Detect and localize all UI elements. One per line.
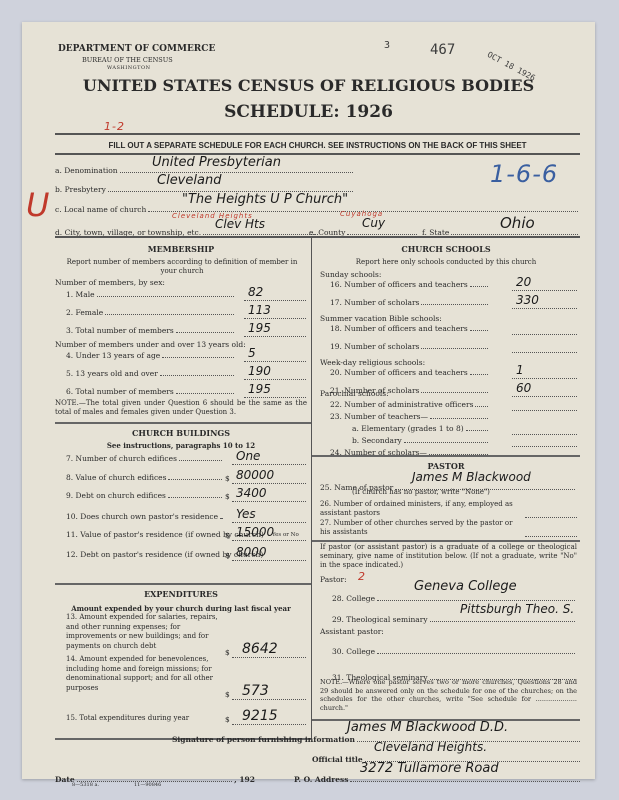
answer-value[interactable]: 330 <box>516 293 539 307</box>
city-value[interactable]: Clev Hts <box>215 217 265 231</box>
assistant-college-field: 30. College <box>332 647 577 656</box>
question-label: 17. Number of scholars <box>330 298 419 307</box>
instruction-banner: FILL OUT A SEPARATE SCHEDULE FOR EACH CH… <box>55 141 580 150</box>
question-26-answer[interactable] <box>525 516 577 518</box>
expenditure-label: 15. Total expenditures during year <box>66 714 226 724</box>
form-title: UNITED STATES CENSUS OF RELIGIOUS BODIES <box>22 76 595 95</box>
question-label: 16. Number of officers and teachers <box>330 280 468 289</box>
membership-age-row: 4. Under 13 years of age <box>66 351 236 360</box>
building-row: 11. Value of pastor's residence (if owne… <box>66 530 224 539</box>
answer-line[interactable] <box>512 377 577 379</box>
expenditure-value[interactable]: 573 <box>242 683 269 699</box>
answer-line[interactable] <box>244 335 306 337</box>
question-26: 26. Number of ordained ministers, if any… <box>320 500 520 518</box>
divider <box>312 540 580 542</box>
question-label: 3. Total number of members <box>66 326 174 335</box>
expenditure-value[interactable]: 9215 <box>242 708 278 724</box>
pastor-name-hint: (If church has no pastor, write "None") <box>352 488 490 496</box>
answer-line[interactable] <box>232 539 306 541</box>
answer-value[interactable]: 190 <box>248 364 271 378</box>
building-row: 12. Debt on pastor's residence (if owned… <box>66 550 224 559</box>
by-age-label: Number of members under and over 13 year… <box>55 340 246 349</box>
answer-value[interactable]: 20 <box>516 275 531 289</box>
divider <box>55 133 580 135</box>
answer-line[interactable] <box>232 559 306 561</box>
school-row: a. Elementary (grades 1 to 8) <box>352 424 490 433</box>
membership-note: NOTE.—The total given under Question 6 s… <box>55 399 307 417</box>
dollar-sign: $ <box>225 715 230 724</box>
red-annotation: 1-2 <box>104 120 125 133</box>
seminary-label: 29. Theological seminary <box>332 615 428 624</box>
school-row: 20. Number of officers and teachers <box>330 368 490 377</box>
answer-line[interactable] <box>512 409 577 411</box>
stamp-prefix: 3 <box>384 40 390 51</box>
question-label: a. Elementary (grades 1 to 8) <box>352 424 464 433</box>
answer-line[interactable] <box>232 463 306 465</box>
question-label: 12. Debt on pastor's residence (if owned… <box>66 550 263 559</box>
expenditures-heading: EXPENDITURES <box>55 589 307 599</box>
school-group-label: Sunday schools: <box>320 270 381 279</box>
date-suffix: , 192 <box>234 775 255 784</box>
school-group-label: Week-day religious schools: <box>320 358 425 367</box>
question-label: 18. Number of officers and teachers <box>330 324 468 333</box>
answer-value[interactable]: 3400 <box>236 486 267 500</box>
membership-age-row: 5. 13 years old and over <box>66 369 236 378</box>
bureau-label: BUREAU OF THE CENSUS <box>82 56 173 64</box>
yes-or-no-hint: Yes or No <box>272 532 299 538</box>
building-row: 9. Debt on church edifices <box>66 491 224 500</box>
dollar-sign: $ <box>225 690 230 699</box>
answer-line[interactable] <box>512 351 577 353</box>
address-field: P. O. Address <box>294 775 582 784</box>
graduate-note: If pastor (or assistant pastor) is a gra… <box>320 543 577 570</box>
answer-line[interactable] <box>512 445 577 447</box>
official-title-label: Official title <box>312 755 363 764</box>
school-row: 17. Number of scholars <box>330 298 490 307</box>
answer-value[interactable]: Yes <box>236 507 256 521</box>
question-label: 5. 13 years old and over <box>66 369 158 378</box>
answer-value[interactable]: 1 <box>516 363 524 377</box>
question-label: 9. Debt on church edifices <box>66 491 166 500</box>
schools-heading: CHURCH SCHOOLS <box>315 244 577 254</box>
by-sex-label: Number of members, by sex: <box>55 278 165 287</box>
question-label: 22. Number of administrative officers <box>330 400 473 409</box>
buildings-subheading: See instructions, paragraphs 10 to 12 <box>55 441 307 450</box>
question-label: 20. Number of officers and teachers <box>330 368 468 377</box>
local-name-label: c. Local name of church <box>55 205 146 214</box>
membership-row: 1. Male <box>66 290 236 299</box>
membership-heading: MEMBERSHIP <box>55 244 307 254</box>
denomination-label: a. Denomination <box>55 166 118 175</box>
membership-age-row: 6. Total number of members <box>66 387 236 396</box>
answer-line[interactable] <box>232 521 306 523</box>
dollar-sign: $ <box>225 551 230 560</box>
building-row: 7. Number of church edifices <box>66 454 224 463</box>
question-label: 1. Male <box>66 290 95 299</box>
school-row: 21. Number of scholars <box>330 386 490 395</box>
answer-value[interactable]: 8000 <box>236 545 267 559</box>
building-row: 8. Value of church edifices <box>66 473 224 482</box>
divider <box>55 236 580 238</box>
question-label: 23. Number of teachers— <box>330 412 428 421</box>
question-27-answer[interactable] <box>525 535 577 537</box>
answer-line[interactable] <box>232 500 306 502</box>
answer-line[interactable] <box>512 395 577 397</box>
answer-line[interactable] <box>244 317 306 319</box>
answer-line[interactable] <box>512 333 577 335</box>
school-row: 18. Number of officers and teachers <box>330 324 490 333</box>
question-label: 19. Number of scholars <box>330 342 419 351</box>
pastor-sub-label: Pastor: <box>320 575 347 584</box>
presbytery-value[interactable]: Cleveland <box>157 173 221 188</box>
answer-value[interactable]: 195 <box>248 382 271 396</box>
expenditures-subheading: Amount expended by your church during la… <box>55 604 307 613</box>
question-label: 2. Female <box>66 308 103 317</box>
expenditure-label: 14. Amount expended for benevolences, in… <box>66 655 226 693</box>
answer-line[interactable] <box>244 360 306 362</box>
schedule-title: SCHEDULE: 1926 <box>22 102 595 122</box>
answer-value[interactable]: 5 <box>248 346 256 360</box>
school-row: 22. Number of administrative officers <box>330 400 490 409</box>
question-label: 21. Number of scholars <box>330 386 419 395</box>
question-label: b. Secondary <box>352 436 402 445</box>
pastor-note: NOTE.—Where one pastor serves two or mor… <box>320 678 577 712</box>
divider <box>55 153 580 155</box>
answer-value[interactable]: One <box>236 449 260 463</box>
red-margin-mark: U <box>26 186 50 224</box>
question-label: 6. Total number of members <box>66 387 174 396</box>
schools-intro: Report here only schools conducted by th… <box>315 258 577 266</box>
state-value[interactable]: Ohio <box>500 214 535 232</box>
signature-value[interactable]: James M Blackwood D.D. <box>347 720 508 735</box>
question-label: 8. Value of church edifices <box>66 473 166 482</box>
college-value[interactable]: Geneva College <box>414 579 517 594</box>
answer-value[interactable]: 113 <box>248 303 271 317</box>
answer-line[interactable] <box>244 396 306 398</box>
answer-line[interactable] <box>512 433 577 435</box>
denomination-value[interactable]: United Presbyterian <box>152 155 281 170</box>
local-name-value[interactable]: "The Heights U P Church" <box>182 192 348 207</box>
question-label: 11. Value of pastor's residence (if owne… <box>66 530 264 539</box>
census-schedule-form: DEPARTMENT OF COMMERCE BUREAU OF THE CEN… <box>22 22 595 779</box>
assistant-pastor-label: Assistant pastor: <box>320 627 384 636</box>
answer-value[interactable]: 60 <box>516 381 531 395</box>
dollar-sign: $ <box>225 531 230 540</box>
address-value[interactable]: 3272 Tullamore Road <box>360 761 499 776</box>
answer-line[interactable] <box>244 299 306 301</box>
presbytery-label: b. Presbytery <box>55 185 106 194</box>
address-label: P. O. Address <box>294 775 348 784</box>
county-value[interactable]: Cuy <box>362 216 385 230</box>
school-row: 16. Number of officers and teachers <box>330 280 490 289</box>
answer-line[interactable] <box>512 289 577 291</box>
form-number: 8—5318 a. <box>72 782 99 788</box>
membership-row: 3. Total number of members <box>66 326 236 335</box>
department-label: DEPARTMENT OF COMMERCE <box>58 44 215 54</box>
answer-line[interactable] <box>244 378 306 380</box>
dollar-sign: $ <box>225 474 230 483</box>
school-row: 19. Number of scholars <box>330 342 490 351</box>
question-27: 27. Number of other churches served by t… <box>320 519 520 537</box>
school-row: b. Secondary <box>352 436 490 445</box>
print-number: 11—90846 <box>134 782 161 788</box>
expenditure-label: 13. Amount expended for salaries, repair… <box>66 613 226 651</box>
divider <box>55 583 311 585</box>
answer-line[interactable] <box>512 307 577 309</box>
question-label: 10. Does church own pastor's residence <box>66 512 218 521</box>
buildings-heading: CHURCH BUILDINGS <box>55 428 307 438</box>
question-label: 24. Number of scholars— <box>330 448 427 457</box>
seminary-field: 29. Theological seminary <box>332 615 577 624</box>
dollar-sign: $ <box>225 492 230 501</box>
answer-value[interactable]: 15000 <box>236 525 274 539</box>
building-row: 10. Does church own pastor's residence <box>66 512 224 521</box>
signature-label: Signature of person furnishing informati… <box>172 735 355 744</box>
school-row: 23. Number of teachers— <box>330 412 490 421</box>
assistant-college-label: 30. College <box>332 647 375 656</box>
membership-row: 2. Female <box>66 308 236 317</box>
college-label: 28. College <box>332 594 375 603</box>
blue-code: 1-6-6 <box>490 160 558 188</box>
column-divider <box>311 238 312 738</box>
seminary-value[interactable]: Pittsburgh Theo. S. <box>460 602 574 616</box>
answer-value[interactable]: 82 <box>248 285 263 299</box>
stamp-number: 467 <box>430 42 455 58</box>
question-label: 4. Under 13 years of age <box>66 351 160 360</box>
question-label: 7. Number of church edifices <box>66 454 177 463</box>
answer-value[interactable]: 80000 <box>236 468 274 482</box>
official-title-value[interactable]: Cleveland Heights. <box>374 740 487 754</box>
divider <box>55 422 311 424</box>
expenditure-value[interactable]: 8642 <box>242 641 278 657</box>
city-label: WASHINGTON <box>107 65 150 71</box>
school-row: 24. Number of scholars— <box>330 448 490 457</box>
membership-intro: Report number of members according to de… <box>62 258 302 276</box>
answer-value[interactable]: 195 <box>248 321 271 335</box>
pastor-name-value[interactable]: James M Blackwood <box>412 470 531 484</box>
answer-line[interactable] <box>232 482 306 484</box>
school-group-label: Summer vacation Bible schools: <box>320 314 442 323</box>
pastor-red-mark: 2 <box>358 570 366 583</box>
